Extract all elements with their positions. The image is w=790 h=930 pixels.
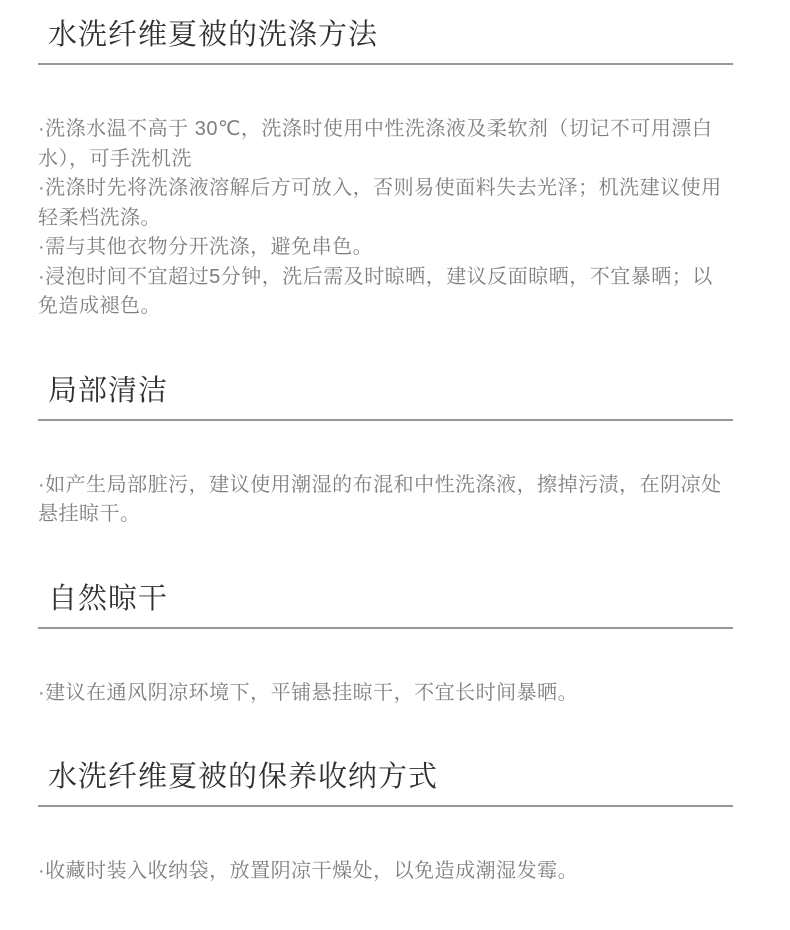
- section-title: 自然晾干: [48, 582, 733, 617]
- section-divider: [38, 627, 733, 629]
- section-divider: [38, 63, 733, 65]
- care-instruction-item: ·收藏时装入收纳袋，放置阴凉干燥处，以免造成潮湿发霉。: [38, 857, 733, 887]
- section-title: 水洗纤维夏被的洗涤方法: [48, 18, 733, 53]
- care-instruction-item: ·洗涤时先将洗涤液溶解后方可放入，否则易使面料失去光泽；机洗建议使用轻柔档洗涤。: [38, 174, 733, 233]
- care-section-air-drying: 自然晾干 ·建议在通风阴凉环境下，平铺悬挂晾干，不宜长时间暴晒。: [38, 582, 733, 709]
- care-section-storage: 水洗纤维夏被的保养收纳方式 ·收藏时装入收纳袋，放置阴凉干燥处，以免造成潮湿发霉…: [38, 760, 733, 887]
- care-instructions-page: 水洗纤维夏被的洗涤方法 ·洗涤水温不高于 30℃，洗涤时使用中性洗涤液及柔软剂（…: [0, 0, 790, 930]
- care-instruction-item: ·需与其他衣物分开洗涤，避免串色。: [38, 233, 733, 263]
- care-section-washing-method: 水洗纤维夏被的洗涤方法 ·洗涤水温不高于 30℃，洗涤时使用中性洗涤液及柔软剂（…: [38, 18, 733, 322]
- section-body: ·建议在通风阴凉环境下，平铺悬挂晾干，不宜长时间暴晒。: [38, 679, 733, 709]
- section-divider: [38, 419, 733, 421]
- section-body: ·洗涤水温不高于 30℃，洗涤时使用中性洗涤液及柔软剂（切记不可用漂白水），可手…: [38, 115, 733, 322]
- section-title: 水洗纤维夏被的保养收纳方式: [48, 760, 733, 795]
- section-body: ·如产生局部脏污，建议使用潮湿的布混和中性洗涤液，擦掉污渍，在阴凉处悬挂晾干。: [38, 471, 733, 530]
- care-section-spot-cleaning: 局部清洁 ·如产生局部脏污，建议使用潮湿的布混和中性洗涤液，擦掉污渍，在阴凉处悬…: [38, 374, 733, 530]
- care-instruction-item: ·如产生局部脏污，建议使用潮湿的布混和中性洗涤液，擦掉污渍，在阴凉处悬挂晾干。: [38, 471, 733, 530]
- care-instruction-item: ·洗涤水温不高于 30℃，洗涤时使用中性洗涤液及柔软剂（切记不可用漂白水），可手…: [38, 115, 733, 174]
- section-body: ·收藏时装入收纳袋，放置阴凉干燥处，以免造成潮湿发霉。: [38, 857, 733, 887]
- care-instruction-item: ·浸泡时间不宜超过5分钟，洗后需及时晾晒，建议反面晾晒，不宜暴晒；以免造成褪色。: [38, 263, 733, 322]
- section-title: 局部清洁: [48, 374, 733, 409]
- section-divider: [38, 805, 733, 807]
- care-instruction-item: ·建议在通风阴凉环境下，平铺悬挂晾干，不宜长时间暴晒。: [38, 679, 733, 709]
